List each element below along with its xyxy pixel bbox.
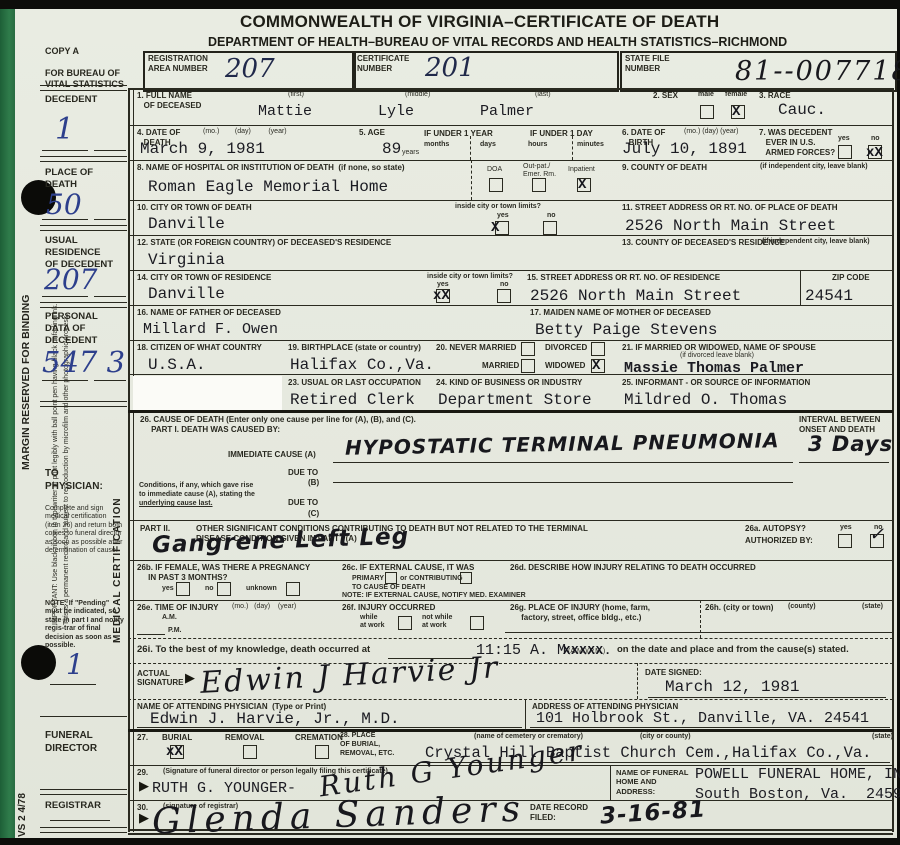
arrow-icon: ▶ <box>139 778 149 794</box>
certificate-number-value: 201 <box>425 53 475 83</box>
registration-area-value: 207 <box>225 54 275 84</box>
external-cause-label: 26c. IF EXTERNAL CAUSE, IT WAS <box>342 563 474 573</box>
h-rule <box>128 200 893 201</box>
doa-label: DOA <box>487 166 502 174</box>
inpatient-label: Inpatient <box>568 166 595 174</box>
place-of-injury-label: 26g. PLACE OF INJURY (home, farm, factor… <box>510 603 650 623</box>
conditions-note-1: Conditions, if any, which gave rise <box>139 482 253 490</box>
autopsy-yes-label: yes <box>840 524 852 532</box>
informant-value: Mildred O. Thomas <box>624 391 787 409</box>
margin-to-physician-label: TO PHYSICIAN: <box>45 468 103 493</box>
margin-rule <box>94 150 126 151</box>
full-name-label: 1. FULL NAME OF DECEASED <box>137 91 201 111</box>
residence-street-value: 2526 North Main Street <box>530 287 741 305</box>
pending-note: NOTE: If "Pending" must be indicated, so… <box>45 600 125 650</box>
sex-female-mark: X <box>732 104 740 120</box>
date-filed-label: DATE RECORD FILED: <box>530 803 588 823</box>
interval-line <box>799 462 889 463</box>
city-county-hint: (city or county) <box>640 733 691 741</box>
date-of-death-value: March 9, 1981 <box>140 140 265 158</box>
margin-rule <box>94 219 126 220</box>
married-label: MARRIED <box>482 361 519 371</box>
injury-state-label: (state) <box>862 603 883 611</box>
residence-city-label: 14. CITY OR TOWN OF RESIDENCE <box>137 273 271 283</box>
h-rule-dashed <box>128 638 893 639</box>
h-rule <box>128 520 893 521</box>
place-of-burial-label: 28. PLACE OF BURIAL, REMOVAL, ETC. <box>340 732 394 758</box>
margin-personal-label: PERSONAL DATA OF DECEDENT <box>45 311 98 347</box>
armed-forces-no-mark: xX <box>866 145 883 161</box>
minutes-label: minutes <box>577 141 604 149</box>
v-rule-dashed <box>572 136 573 160</box>
hospital-label: 8. NAME OF HOSPITAL OR INSTITUTION OF DE… <box>137 163 405 173</box>
removal-label: REMOVAL <box>225 733 264 743</box>
margin-personal-code: 547 3 <box>42 345 125 379</box>
immediate-cause-label: IMMEDIATE CAUSE (A) <box>228 450 316 460</box>
attestation-prefix: 26i. To the best of my knowledge, death … <box>137 644 370 656</box>
actual-signature-label-2: SIGNATURE <box>137 678 184 688</box>
date-of-death-hints: (mo.) (day) (year) <box>203 128 287 136</box>
autopsy-yes-checkbox <box>838 534 852 548</box>
age-label: 5. AGE <box>359 128 385 138</box>
v-rule <box>525 699 526 730</box>
injury-occurred-label: 26f. INJURY OCCURRED <box>342 603 435 613</box>
attestation-suffix: on the date and place and from the cause… <box>617 644 849 656</box>
physician-name-value: Edwin J. Harvie, Jr., M.D. <box>150 710 400 728</box>
citizen-value: U.S.A. <box>148 356 206 374</box>
disposition-num: 27. <box>137 733 148 743</box>
margin-rule <box>40 401 127 407</box>
h-rule <box>128 235 893 236</box>
margin-place-code: 50 <box>46 188 82 221</box>
margin-rule <box>50 684 96 685</box>
sex-female-label: female <box>725 91 747 99</box>
death-limits-yes-mark: X <box>491 220 499 236</box>
middle-name-value: Lyle <box>378 103 414 120</box>
h-rule <box>128 305 893 306</box>
primary-checkbox <box>385 572 397 584</box>
city-of-death-value: Danville <box>148 215 225 233</box>
race-value: Cauc. <box>778 101 826 119</box>
h-rule <box>505 632 893 633</box>
business-label: 24. KIND OF BUSINESS OR INDUSTRY <box>436 378 582 388</box>
father-name-label: 16. NAME OF FATHER OF DECEASED <box>137 308 281 318</box>
am-line <box>137 634 165 635</box>
funeral-home-label: NAME OF FUNERAL HOME AND ADDRESS: <box>616 768 689 796</box>
injury-city-label: 26h. (city or town) <box>705 603 773 613</box>
pregnancy-unknown-label: unknown <box>246 585 277 593</box>
pregnancy-no-label: no <box>205 585 214 593</box>
residence-county-label: 13. COUNTY OF DECEASED'S RESIDENCE <box>622 238 785 248</box>
injury-county-label: (county) <box>788 603 816 611</box>
due-to-c-paren: (C) <box>308 509 319 519</box>
divorced-label: DIVORCED <box>545 343 587 353</box>
death-limits-no-checkbox <box>543 221 557 235</box>
informant-label: 25. INFORMANT - OR SOURCE OF INFORMATION <box>622 378 810 388</box>
margin-decedent-label: DECEDENT <box>45 94 97 106</box>
last-hint: (last) <box>535 91 551 99</box>
arrow-icon: ▶ <box>139 810 149 826</box>
autopsy-label: 26a. AUTOPSY? <box>745 524 806 534</box>
sex-male-checkbox <box>700 105 714 119</box>
divorced-checkbox <box>591 342 605 356</box>
residence-state-label: 12. STATE (OR FOREIGN COUNTRY) OF DECEAS… <box>137 238 391 248</box>
not-while-at-work-label: not while at work <box>422 614 452 631</box>
months-label: months <box>424 141 449 149</box>
state-file-value: 81--007718 <box>735 56 900 87</box>
funeral-sig-num: 29. <box>137 768 148 778</box>
conditions-note-2: to immediate cause (A), stating the <box>139 491 255 499</box>
margin-decedent-code: 1 <box>55 112 74 147</box>
redacted-box <box>133 376 282 410</box>
margin-rule <box>40 302 127 308</box>
cremation-checkbox <box>315 745 329 759</box>
date-signed-value: March 12, 1981 <box>665 678 799 696</box>
margin-rule <box>40 85 127 91</box>
h-rule <box>128 125 893 126</box>
margin-rule <box>42 150 88 151</box>
inpatient-mark: X <box>578 177 586 193</box>
residence-county-hint: (if independent city, leave blank) <box>762 238 870 246</box>
primary-label: PRIMARY <box>352 575 384 583</box>
due-to-b-paren: (B) <box>308 478 319 488</box>
margin-rule <box>50 820 110 821</box>
binding-margin-text: MARGIN RESERVED FOR BINDING <box>20 140 32 470</box>
form-code: VS 2 4/78 <box>17 765 28 837</box>
margin-rule <box>40 789 127 795</box>
pregnancy-label: 26b. IF FEMALE, WAS THERE A PREGNANCY IN… <box>137 563 310 583</box>
certificate-number-label: CERTIFICATE NUMBER <box>357 54 409 74</box>
first-name-value: Mattie <box>258 103 312 120</box>
burial-label: BURIAL <box>162 733 192 743</box>
not-while-at-work-checkbox <box>470 616 484 630</box>
zip-value: 24541 <box>805 287 853 305</box>
margin-rule <box>42 380 88 381</box>
cremation-label: CREMATION <box>295 733 343 743</box>
birthplace-value: Halifax Co.,Va. <box>290 356 434 374</box>
age-value: 89 <box>382 140 401 158</box>
under-1-year-label: IF UNDER 1 YEAR <box>424 129 493 139</box>
funeral-director-typed-name: RUTH G. YOUNGER- <box>152 780 296 797</box>
mother-name-label: 17. MAIDEN NAME OF MOTHER OF DECEASED <box>530 308 711 318</box>
document-title: COMMONWEALTH OF VIRGINIA–CERTIFICATE OF … <box>240 12 719 32</box>
county-of-death-label: 9. COUNTY OF DEATH <box>622 163 707 173</box>
never-married-checkbox <box>521 342 535 356</box>
removal-checkbox <box>243 745 257 759</box>
outpatient-checkbox <box>532 178 546 192</box>
cause-of-death-label: 26. CAUSE OF DEATH (Enter only one cause… <box>140 415 416 435</box>
widowed-mark: X <box>592 358 600 374</box>
middle-hint: (middle) <box>405 91 430 99</box>
armed-forces-yes-checkbox <box>838 145 852 159</box>
autopsy-authorized-label: AUTHORIZED BY: <box>745 536 813 546</box>
occupation-label: 23. USUAL OR LAST OCCUPATION <box>288 378 421 388</box>
ampm-strikeout: XXXXX. <box>563 644 612 658</box>
interval-value: 3 Days <box>808 432 893 456</box>
under-1-day-label: IF UNDER 1 DAY <box>530 129 593 139</box>
contributing-label: or CONTRIBUTING <box>400 575 463 583</box>
state-hint: (state) <box>872 733 893 741</box>
margin-rule <box>42 296 88 297</box>
physician-address-value: 101 Holbrook St., Danville, VA. 24541 <box>536 710 869 727</box>
death-limits-no-label: no <box>547 212 556 220</box>
mother-name-value: Betty Paige Stevens <box>535 321 717 339</box>
v-rule <box>800 270 801 305</box>
cause-line-a <box>333 462 793 463</box>
residence-city-value: Danville <box>148 285 225 303</box>
margin-rule <box>40 827 127 833</box>
conditions-note-3: underlying cause last. <box>139 500 213 508</box>
pregnancy-yes-checkbox <box>176 582 190 596</box>
date-signed-label: DATE SIGNED: <box>645 668 702 678</box>
due-to-b-label: DUE TO <box>288 468 318 478</box>
never-married-label: 20. NEVER MARRIED <box>436 343 516 353</box>
hours-label: hours <box>528 141 547 149</box>
margin-rule <box>94 296 126 297</box>
document-subtitle: DEPARTMENT OF HEALTH–BUREAU OF VITAL REC… <box>208 35 787 49</box>
scan-edge-bottom <box>0 838 900 845</box>
sex-label: 2. SEX <box>653 91 678 101</box>
last-name-value: Palmer <box>480 103 534 120</box>
residence-limits-yes-mark: xX <box>433 288 450 304</box>
describe-injury-label: 26d. DESCRIBE HOW INJURY RELATING TO DEA… <box>510 563 756 573</box>
county-of-death-hint: (if independent city, leave blank) <box>760 163 868 171</box>
while-at-work-checkbox <box>398 616 412 630</box>
date-signed-line <box>648 697 886 698</box>
h-rule-dashed <box>128 699 893 700</box>
due-to-c-label: DUE TO <box>288 498 318 508</box>
cause-line-b <box>333 482 793 483</box>
contributing-checkbox <box>460 572 472 584</box>
first-hint: (first) <box>288 91 304 99</box>
occupation-value: Retired Clerk <box>290 391 415 409</box>
armed-forces-no-label: no <box>871 135 880 143</box>
days-label: days <box>480 141 496 149</box>
physician-note: Complete and sign medical certification … <box>45 505 123 555</box>
margin-registrar-label: REGISTRAR <box>45 800 101 812</box>
time-of-injury-label: 26e. TIME OF INJURY <box>137 603 219 613</box>
pregnancy-yes-label: yes <box>162 585 174 593</box>
age-unit: years <box>402 149 419 157</box>
death-street-value: 2526 North Main Street <box>625 217 836 235</box>
physician-address-line <box>530 727 890 728</box>
margin-pending-code: 1 <box>66 648 84 681</box>
date-of-birth-value: July 10, 1891 <box>622 140 747 158</box>
margin-rule <box>40 716 127 717</box>
margin-rule <box>94 380 126 381</box>
while-at-work-label: while at work <box>360 614 385 631</box>
death-limits-label: inside city or town limits? <box>455 203 541 211</box>
race-label: 3. RACE <box>759 91 791 101</box>
residence-state-value: Virginia <box>148 251 225 269</box>
copy-label: COPY A <box>45 46 79 57</box>
registration-area-label: REGISTRATION AREA NUMBER <box>148 54 208 74</box>
city-of-death-label: 10. CITY OR TOWN OF DEATH <box>137 203 252 213</box>
margin-funeral-label: FUNERAL DIRECTOR <box>45 730 97 755</box>
hospital-value: Roman Eagle Memorial Home <box>148 178 388 196</box>
zip-label: ZIP CODE <box>832 273 870 283</box>
margin-rule <box>42 219 88 220</box>
v-rule-dashed <box>700 600 701 638</box>
armed-forces-yes-label: yes <box>838 135 850 143</box>
scanned-death-certificate: MARGIN RESERVED FOR BINDING IMPORTANT: U… <box>0 0 900 845</box>
widowed-label: WIDOWED <box>545 361 585 371</box>
arrow-icon: ▶ <box>185 670 195 686</box>
autopsy-no-mark: ✓ <box>869 524 884 545</box>
pregnancy-no-checkbox <box>217 582 231 596</box>
h-rule <box>128 340 893 341</box>
residence-street-label: 15. STREET ADDRESS OR RT. NO. OF RESIDEN… <box>527 273 720 283</box>
state-file-label: STATE FILE NUMBER <box>625 54 670 74</box>
funeral-home-address: South Boston, Va. 24592 <box>695 786 900 803</box>
v-rule-dashed <box>637 663 638 699</box>
burial-mark: xX <box>166 744 183 760</box>
scan-edge-top <box>0 0 900 9</box>
time-of-injury-hints: (mo.) (day) (year) <box>232 603 296 611</box>
h-rule <box>128 560 893 561</box>
h-rule-heavy <box>128 410 893 413</box>
physician-name-line <box>137 727 522 728</box>
h-rule <box>128 160 893 161</box>
father-name-value: Millard F. Owen <box>143 321 278 338</box>
v-rule-dashed <box>471 160 472 200</box>
citizen-label: 18. CITIZEN OF WHAT COUNTRY <box>137 343 262 353</box>
margin-rule <box>40 156 127 162</box>
h-rule <box>128 88 893 90</box>
married-checkbox <box>521 359 535 373</box>
funeral-home-name: POWELL FUNERAL HOME, INC. <box>695 766 900 783</box>
business-value: Department Store <box>438 391 592 409</box>
spouse-value: Massie Thomas Palmer <box>624 360 804 377</box>
pregnancy-unknown-checkbox <box>286 582 300 596</box>
margin-rule <box>40 225 127 231</box>
v-rule-dashed <box>470 136 471 160</box>
armed-forces-label: 7. WAS DECEDENT EVER IN U.S. ARMED FORCE… <box>759 128 835 158</box>
margin-residence-code: 207 <box>44 263 97 296</box>
h-rule-heavy <box>128 729 893 732</box>
sex-male-label: male <box>698 91 714 99</box>
h-rule <box>128 270 893 271</box>
residence-limits-no-checkbox <box>497 289 511 303</box>
am-label: A.M. <box>162 614 177 622</box>
date-of-birth-hints: (mo.) (day) (year) <box>684 128 738 136</box>
doa-checkbox <box>489 178 503 192</box>
death-street-label: 11. STREET ADDRESS OR RT. NO. OF PLACE O… <box>622 203 838 213</box>
pm-label: P.M. <box>168 627 182 635</box>
v-rule <box>610 765 611 800</box>
birthplace-label: 19. BIRTHPLACE (state or country) <box>288 343 421 353</box>
external-note: NOTE: IF EXTERNAL CAUSE, NOTIFY MED. EXA… <box>342 592 526 600</box>
